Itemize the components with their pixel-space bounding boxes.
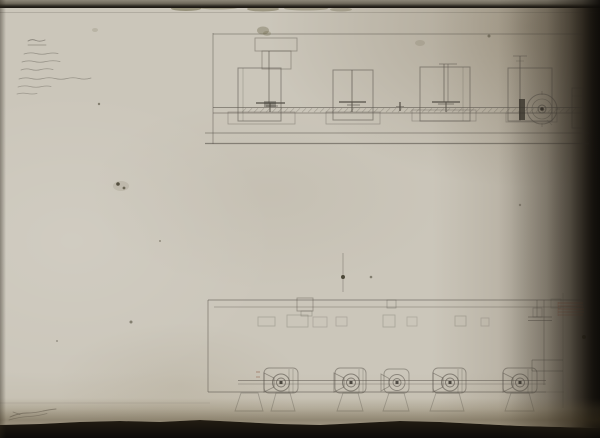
side-elevation-view (205, 33, 589, 144)
plan-view (208, 253, 585, 411)
stains-group (56, 6, 586, 343)
page-crease-lines (0, 13, 599, 404)
drawing-canvas (0, 0, 600, 438)
mount-edge-top (0, 0, 600, 8)
scan-viewport (0, 0, 600, 438)
handwritten-notes (9, 40, 91, 420)
